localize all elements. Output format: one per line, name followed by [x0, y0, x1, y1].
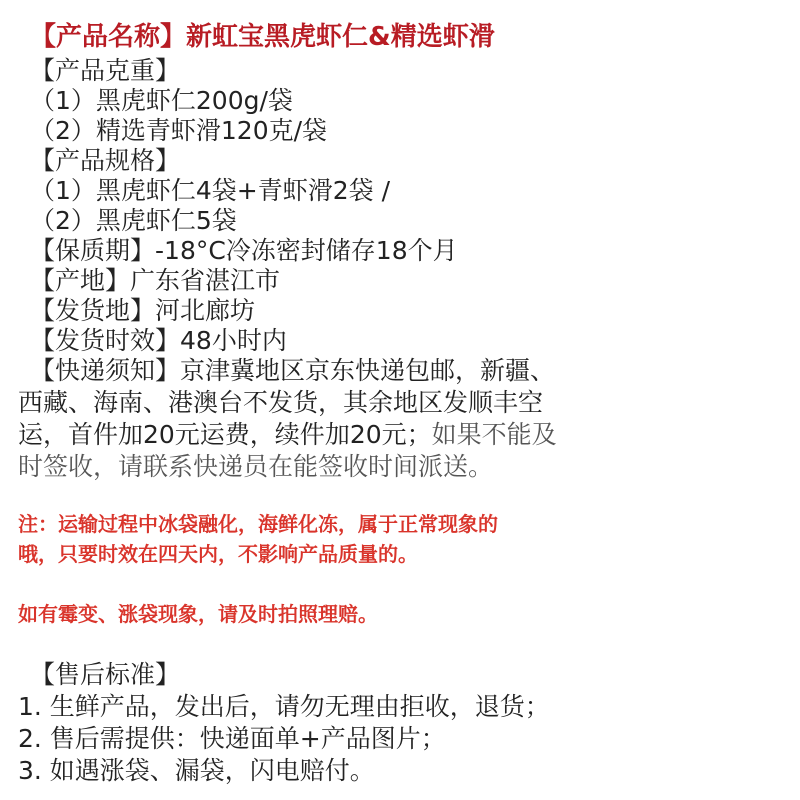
delivery-text: 京津冀地区京东快递包邮，新疆、 [180, 356, 555, 385]
after-sales-item: 2. 售后需提供：快递面单+产品图片； [18, 724, 446, 754]
ship-from-label: 【发货地】 [30, 296, 155, 325]
after-sales-label: 【售后标准】 [30, 660, 180, 690]
delivery-text: 西藏、海南、港澳台不发货，其余地区发顺丰空 [18, 388, 543, 418]
shelf-life-value: -18°C冷冻密封储存18个月 [155, 236, 458, 265]
delivery-text: 运，首件加20元运费，续件加20元； [18, 420, 432, 449]
ship-time: 【发货时效】48小时内 [30, 326, 287, 356]
ship-from: 【发货地】河北廊坊 [30, 296, 255, 326]
delivery-line: 【快递须知】京津冀地区京东快递包邮，新疆、 [30, 356, 555, 386]
ship-time-label: 【发货时效】 [30, 326, 180, 355]
shelf-life: 【保质期】-18°C冷冻密封储存18个月 [30, 236, 458, 266]
after-sales-item: 3. 如遇涨袋、漏袋，闪电赔付。 [18, 756, 375, 786]
product-name: 【产品名称】新虹宝黑虎虾仁&精选虾滑 [30, 22, 495, 52]
after-sales-item: 1. 生鲜产品，发出后，请勿无理由拒收，退货； [18, 692, 550, 722]
delivery-text: 时签收，请联系快递员在能签收时间派送。 [18, 452, 493, 482]
spec-item: （2）黑虎虾仁5袋 [30, 206, 237, 236]
delivery-text: 如果不能及 [432, 420, 557, 449]
weight-item: （2）精选青虾滑120克/袋 [30, 116, 327, 146]
note-text: 哦，只要时效在四天内，不影响产品质量的。 [18, 540, 418, 568]
ship-from-value: 河北廊坊 [155, 296, 255, 325]
origin-value: 广东省湛江市 [130, 266, 280, 295]
claim-note: 如有霉变、涨袋现象，请及时拍照理赔。 [18, 600, 378, 628]
weight-label: 【产品克重】 [30, 56, 180, 86]
weight-item: （1）黑虎虾仁200g/袋 [30, 86, 293, 116]
product-name-value: 新虹宝黑虎虾仁&精选虾滑 [186, 22, 495, 52]
spec-item: （1）黑虎虾仁4袋+青虾滑2袋 / [30, 176, 390, 206]
ship-time-value: 48小时内 [180, 326, 287, 355]
origin-label: 【产地】 [30, 266, 130, 295]
delivery-line: 运，首件加20元运费，续件加20元；如果不能及 [18, 420, 557, 450]
origin: 【产地】广东省湛江市 [30, 266, 280, 296]
delivery-label: 【快递须知】 [30, 356, 180, 385]
product-name-label: 【产品名称】 [30, 22, 186, 52]
shelf-life-label: 【保质期】 [30, 236, 155, 265]
note-text: 注：运输过程中冰袋融化，海鲜化冻，属于正常现象的 [18, 510, 498, 538]
spec-label: 【产品规格】 [30, 146, 180, 176]
